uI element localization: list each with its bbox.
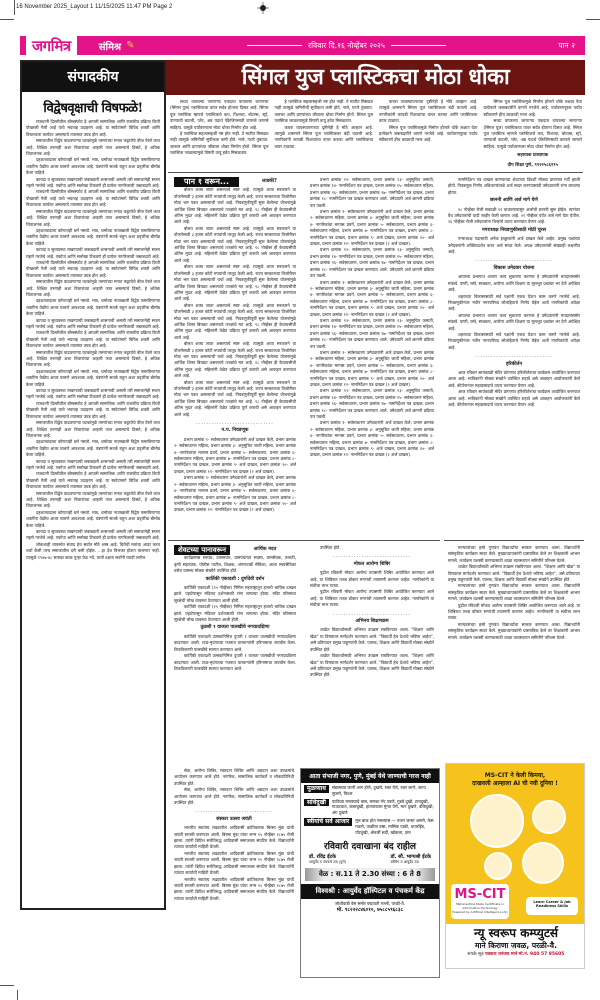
tagline-line: MS-CIT ने केली किमया, bbox=[446, 772, 584, 780]
student-photo bbox=[484, 852, 512, 880]
paragraph: शहराच्या विकासासाठी सर्व पक्षांनी एकत्र … bbox=[448, 294, 580, 313]
page1-continued-column: पान १ वरून... लाडकी? बोलत शक्य जाता असल्… bbox=[170, 177, 300, 537]
clinic-timing: वेळ : स.11 ते 2.30 संध्या : 6 ते 8 bbox=[305, 868, 435, 881]
section-subhead: संस्कार उत्सव जयंती bbox=[174, 817, 294, 823]
paragraph: कार्तिकी एकादशी उत्सवानिमित्त दुपारी १ व… bbox=[174, 634, 296, 653]
student-photo bbox=[470, 794, 524, 848]
ad-tagline: MS-CIT ने केली किमया, दाखवली आम्हाला AI … bbox=[446, 772, 584, 788]
divider bbox=[247, 45, 302, 46]
paragraph: प्रभाग क्रमांक १- सर्वसाधारण उमेदवारांनी… bbox=[310, 350, 434, 388]
paragraph: प्रभाग क्रमांक १- सर्वसाधारण उमेदवारांनी… bbox=[310, 209, 434, 247]
trim-mark bbox=[17, 990, 18, 1000]
paragraph: दहशतवादाला कोणताही धर्म नसतो. मात्र, धर्… bbox=[26, 439, 160, 458]
section-subhead: कार्तिकी एकादशी : दुर्गादेवी दर्शन bbox=[174, 577, 296, 583]
section-subhead: नगराध्यक्ष निवडणुकीसाठी मोठी चुरस bbox=[448, 228, 580, 234]
mscit-logo: MS-CIT bbox=[451, 887, 509, 902]
right-column: नामनिर्देशन पत्र दाखल करण्याच्या शेवटच्य… bbox=[444, 177, 584, 537]
lower-middle-column: उपस्थित होते. ..........................… bbox=[306, 545, 438, 765]
paragraph: हे प्लास्टिक सहजासहजी नष्ट होत नाही. ते … bbox=[275, 99, 374, 125]
paragraph: कायदा व सुव्यवस्था राखण्याची जबाबदारी शा… bbox=[26, 177, 160, 190]
paragraph: बोलत शक्य जाता असल्याचे स्पष्ट आहे. त्या… bbox=[174, 303, 296, 341]
section-subhead: अभिनव शिक्षणक्रम bbox=[310, 619, 434, 625]
separator: .............................. bbox=[310, 611, 434, 617]
doctor: डॉ. सौ. भाग्यश्री ईटकेस्त्रीरोग व आयुर्व… bbox=[391, 854, 431, 865]
paragraph: कायदा व सुव्यवस्था राखण्याची जबाबदारी शा… bbox=[26, 529, 160, 542]
paragraph: नगराध्यक्ष पदासाठी अनेक इच्छुकांनी अर्ज … bbox=[448, 236, 580, 255]
paragraph: बोलत शक्य जाता असल्याचे स्पष्ट आहे. त्या… bbox=[174, 264, 296, 302]
paragraph: दहशतवादाला कोणताही धर्म नसतो. मात्र, धर्… bbox=[26, 157, 160, 176]
paragraph: प्रभाग क्रमांक १२- सर्वसाधारण, प्रभाग क्… bbox=[310, 177, 434, 209]
separator: .............................. bbox=[174, 808, 294, 814]
page1-continued-label: पान १ वरून... bbox=[174, 177, 239, 187]
mscit-ad: MS-CIT ने केली किमया, दाखवली आम्हाला AI … bbox=[445, 763, 585, 969]
paragraph: सेवा, आरोग्य शिबिर, रक्तदान शिबिर आणि अन… bbox=[174, 768, 294, 787]
story-column: कचरा व्यवस्थापनाच्या दृष्टीनेही हे मोठे … bbox=[379, 99, 478, 167]
paragraph: दहशतवादाला कोणताही धर्म नसतो. मात्र, धर्… bbox=[26, 510, 160, 529]
separator: .............................. bbox=[448, 257, 580, 263]
paragraph: शाळेत विद्यार्थ्यांसाठी अभिनव उपक्रम राब… bbox=[448, 564, 580, 583]
paragraph: समाजातील विद्वेष वाढवणाऱ्या घटकांमुळे तर… bbox=[26, 491, 160, 510]
paragraph: कार्यक्रमास सरपंच, उपसरपंच, ग्रामपंचायत … bbox=[174, 555, 296, 574]
skills-badge: Learn Career & Job Readiness Skills bbox=[526, 897, 578, 915]
lower-right-column: मान्यवरांच्या हस्ते गुणवंत विद्यार्थ्यां… bbox=[444, 545, 584, 757]
section-subhead: हरिकीर्तन bbox=[448, 362, 580, 368]
logo-subtitle: Maharashtra State Certificate in Informa… bbox=[451, 902, 509, 910]
paragraph: कायदा व सुव्यवस्था राखण्याची जबाबदारी शा… bbox=[26, 388, 160, 401]
hospital-phone: मो. ९८२२२८४६०१०, ७५८८५९६८३८ bbox=[301, 907, 439, 913]
shop-info: न्यू स्वरूप कम्प्युटर्स माने किराणा जवळ,… bbox=[446, 924, 585, 969]
paragraph: पुढील रविवारी मोफत आरोग्य तपासणी शिबिर आ… bbox=[448, 603, 580, 622]
hospital-name: विश्वश्री : आयुर्वेद हॉस्पिटल व पंचकर्म … bbox=[301, 884, 439, 899]
paragraph: सिंगल यूज प्लास्टिकमुळे निर्माण होणारे ध… bbox=[484, 99, 583, 118]
divider bbox=[444, 540, 584, 541]
contact-label: संपर्क सूत्र bbox=[468, 952, 484, 957]
student-photo bbox=[522, 842, 564, 884]
story-column: सध्या वापरल्या जाणाऱ्या एकदाच वापरल्या ज… bbox=[170, 99, 269, 167]
paragraph: राजधानी दिल्लीतील बॉम्बस्फोट हे आपली साम… bbox=[26, 119, 160, 138]
tagline-line: दाखवली आम्हाला AI ची नवी दुनिया ! bbox=[446, 780, 584, 788]
divider bbox=[391, 45, 446, 46]
main-headline: सिंगल युज प्लास्टिकचा मोठा धोका bbox=[166, 60, 585, 95]
shop-address: माने किराणा जवळ, परळी-वै. bbox=[446, 941, 585, 951]
ad-row-text: पाठीच्या मणक्याचे त्रास, मणका गॅप पडणे, … bbox=[332, 799, 436, 816]
ayurved-hospital-ad: आता संभाजी नगर, पुणे, मुंबई येथे जाण्याच… bbox=[300, 768, 440, 978]
paragraph: राजधानी दिल्लीतील बॉम्बस्फोट हे आपली साम… bbox=[26, 401, 160, 420]
issue-date: रविवार दि.१६ नोव्हेंबर २०२५ bbox=[308, 41, 385, 51]
paragraph: समाजातील विद्वेष वाढवणाऱ्या घटकांमुळे तर… bbox=[26, 209, 160, 228]
ad-row-text: संडासच्या जागी आग होणे, दुखणे, रक्त येणे… bbox=[332, 785, 436, 797]
story-column: सिंगल यूज प्लास्टिकमुळे निर्माण होणारे ध… bbox=[484, 99, 583, 167]
ad-row: सांधेदुखी पाठीच्या मणक्याचे त्रास, मणका … bbox=[304, 799, 436, 816]
paragraph: आपल्या प्रभागात आपण काय सुधारणा करणार हे… bbox=[448, 274, 580, 293]
paragraph: आज रविवार सायंकाळी मंदिर प्रांगणात हरिकी… bbox=[448, 370, 580, 389]
paragraph: राजधानी दिल्लीतील बॉम्बस्फोट हे आपली साम… bbox=[26, 260, 160, 279]
paragraph: कचरा व्यवस्थापनाच्या दृष्टीनेही हे मोठे … bbox=[379, 99, 478, 125]
paragraph: लोकशाही व्यवस्थेत संवाद हेच सर्वात मोठे … bbox=[26, 542, 160, 561]
author-byline: दीप शिक्षा पुणे, ९९२२५८६२९५ bbox=[484, 163, 583, 167]
divider bbox=[168, 172, 583, 173]
section-subhead: विकास उमेदवार योजना bbox=[448, 266, 580, 272]
paragraph: समाजातील विद्वेष वाढवणाऱ्या घटकांमुळे तर… bbox=[26, 420, 160, 439]
paragraph: प्रभाग क्रमांक १२- सर्वसाधारण, प्रभाग क्… bbox=[310, 318, 434, 350]
paragraph: कार्तिकी एकादशी (१५ नोव्हेंबर) निमित्त म… bbox=[174, 585, 296, 604]
paragraph: बोलत शक्य जाता असल्याचे स्पष्ट आहे. त्या… bbox=[174, 226, 296, 264]
story-column: हे प्लास्टिक सहजासहजी नष्ट होत नाही. ते … bbox=[275, 99, 374, 167]
election-column: प्रभाग क्रमांक १२- सर्वसाधारण, प्रभाग क्… bbox=[306, 177, 438, 537]
paragraph: दहशतवादाला कोणताही धर्म नसतो. मात्र, धर्… bbox=[26, 228, 160, 247]
paragraph: पुढील रविवारी मोफत आरोग्य तपासणी शिबिर आ… bbox=[310, 589, 434, 608]
trim-mark bbox=[0, 19, 14, 20]
paragraph: राजधानी दिल्लीतील बॉम्बस्फोट हे आपली साम… bbox=[26, 471, 160, 490]
student-photo bbox=[532, 800, 566, 834]
paragraph: मान्यवरांच्या हस्ते गुणवंत विद्यार्थ्यां… bbox=[448, 583, 580, 602]
contact-phone: मो.नं. 940 57 95605 bbox=[519, 952, 565, 957]
author-role: सहाय्यक प्राध्यापक bbox=[484, 153, 583, 159]
paragraph: भारतीय स्वातंत्र्य लढ्यातील आदिवासी क्रा… bbox=[174, 851, 294, 877]
page-number: पान २ bbox=[558, 41, 575, 51]
trim-mark bbox=[14, 0, 15, 15]
paragraph: कायदा व सुव्यवस्था राखण्याची जबाबदारी शा… bbox=[26, 459, 160, 472]
lower-left-column: सेवा, आरोग्य शिबिर, रक्तदान शिबिर आणि अन… bbox=[170, 768, 298, 978]
paragraph: १८ नोव्हेंबर रोजी सकाळी ११ वाजल्यापासून … bbox=[448, 207, 580, 226]
last-page-continued-label: शेवटच्या पानावरून bbox=[174, 545, 230, 555]
paragraph: भारतीय स्वातंत्र्य लढ्यातील आदिवासी क्रा… bbox=[174, 825, 294, 851]
masthead: जगमित्र संमिश्र ✎ रविवार दि.१६ नोव्हेंबर… bbox=[20, 36, 585, 55]
main-story: सध्या वापरल्या जाणाऱ्या एकदाच वापरल्या ज… bbox=[170, 99, 582, 167]
paragraph: राजधानी दिल्लीतील बॉम्बस्फोट हे आपली साम… bbox=[26, 330, 160, 349]
print-slug: 16 November 2025_Layout 1 11/15/2025 11:… bbox=[16, 4, 172, 10]
paragraph: बोलत शक्य जाता असल्याचे स्पष्ट आहे. त्या… bbox=[174, 187, 296, 225]
paragraph: कायदा व सुव्यवस्था राखण्याची जबाबदारी शा… bbox=[26, 318, 160, 331]
section-subhead: छाननी आणि अर्ज मागे घेणे bbox=[448, 198, 580, 204]
paragraph: उपस्थित होते. bbox=[310, 545, 434, 551]
paragraph: मान्यवरांच्या हस्ते गुणवंत विद्यार्थ्यां… bbox=[448, 545, 580, 564]
doctor: डॉ. रविंद्र ईटकेआयुर्वेद व पंचकर्म तज्ञ … bbox=[309, 854, 346, 865]
divider bbox=[168, 540, 440, 541]
ad-tag: स्त्रीयांचे सर्व आजार bbox=[304, 818, 352, 826]
paragraph: प्रभाग क्रमांक १- सर्वसाधारण उमेदवारांनी… bbox=[174, 437, 296, 475]
section-name: संमिश्र bbox=[99, 39, 121, 53]
paragraph: प्रभाग क्रमांक १- सर्वसाधारण उमेदवारांनी… bbox=[310, 420, 434, 458]
paragraph: मान्यवरांच्या हस्ते गुणवंत विद्यार्थ्यां… bbox=[448, 622, 580, 641]
paragraph: शाळेत विद्यार्थ्यांसाठी अभिनव उपक्रम राब… bbox=[310, 627, 434, 653]
shop-name: न्यू स्वरूप कम्प्युटर्स bbox=[446, 924, 585, 941]
quill-icon: ✎ bbox=[126, 40, 134, 51]
paragraph: सिंगल यूज प्लास्टिकमुळे निर्माण होणारे ध… bbox=[379, 125, 478, 144]
paragraph: राजधानी दिल्लीतील बॉम्बस्फोट हे आपली साम… bbox=[26, 189, 160, 208]
doctors: डॉ. रविंद्र ईटकेआयुर्वेद व पंचकर्म तज्ञ … bbox=[301, 854, 439, 865]
date-line: रविवार दि.१६ नोव्हेंबर २०२५ bbox=[135, 41, 559, 51]
shop-contact: संपर्क सूत्र पत्रकार धनंजय माने मो.नं. 9… bbox=[446, 951, 585, 957]
paragraph: नामनिर्देशन पत्र दाखल करण्याच्या शेवटच्य… bbox=[448, 177, 580, 196]
newspaper-logo: जगमित्र bbox=[20, 36, 77, 55]
paragraph: आज रविवार सायंकाळी मंदिर प्रांगणात हरिकी… bbox=[448, 389, 580, 408]
editorial-header: संपादकीय bbox=[22, 62, 164, 92]
editorial-body: राजधानी दिल्लीतील बॉम्बस्फोट हे आपली साम… bbox=[22, 119, 164, 561]
paragraph: आपल्या प्रभागात आपण काय सुधारणा करणार हे… bbox=[448, 313, 580, 332]
ad-row: स्त्रीयांचे सर्व आजार मुल बाळ होत नसल्या… bbox=[304, 818, 436, 835]
paragraph: समाजातील विद्वेष वाढवणाऱ्या घटकांमुळे तर… bbox=[26, 350, 160, 369]
paragraph: भारतीय स्वातंत्र्य लढ्यातील आदिवासी क्रा… bbox=[174, 877, 294, 903]
doctor-specialty: आयुर्वेद व पंचकर्म तज्ञ (पुणे) bbox=[309, 860, 346, 865]
section-subhead: तुळशी १ वाजता पालखीचे नगरप्रदक्षिणा bbox=[174, 625, 296, 631]
paragraph: प्रभाग क्रमांक १२- सर्वसाधारण, प्रभाग क्… bbox=[310, 388, 434, 420]
ad-tag: सांधेदुखी bbox=[304, 799, 329, 807]
paragraph: बोलत शक्य जाता असल्याचे स्पष्ट आहे. त्या… bbox=[174, 380, 296, 418]
section-subhead: न.प. निवडणूक bbox=[174, 428, 296, 434]
paragraph: दहशतवादाला कोणताही धर्म नसतो. मात्र, धर्… bbox=[26, 369, 160, 388]
ad-row: मुळव्याध संडासच्या जागी आग होणे, दुखणे, … bbox=[304, 785, 436, 797]
ad-row-text: मुल बाळ होत नसल्यास — वजन जास्त असणे, के… bbox=[355, 818, 436, 835]
separator: .............................. bbox=[448, 353, 580, 359]
ad-tag: मुळव्याध bbox=[304, 785, 329, 793]
paragraph: पुढील रविवारी मोफत आरोग्य तपासणी शिबिर आ… bbox=[310, 570, 434, 589]
paragraph: समाजातील विद्वेष वाढवणाऱ्या घटकांमुळे तर… bbox=[26, 279, 160, 298]
paragraph: शहराच्या विकासासाठी सर्व पक्षांनी एकत्र … bbox=[448, 332, 580, 351]
paragraph: प्रभाग क्रमांक १- सर्वसाधारण उमेदवारांनी… bbox=[310, 280, 434, 318]
paragraph: समाजातील विद्वेष वाढवणाऱ्या घटकांमुळे तर… bbox=[26, 138, 160, 157]
paragraph: कायदा व सुव्यवस्था राखण्याची जबाबदारी शा… bbox=[26, 247, 160, 260]
separator: .............................. bbox=[174, 420, 296, 426]
section-subhead: मोफत आरोग्य शिबिर bbox=[310, 562, 434, 568]
mscit-logo-card: MS-CIT Maharashtra State Certificate in … bbox=[451, 884, 509, 919]
powered-by: Powered by Artificial Intelligence (AI) bbox=[451, 910, 509, 914]
doctor-specialty: स्त्रीरोग व आयुर्वेद तज्ञ bbox=[391, 860, 431, 865]
separator: .............................. bbox=[310, 553, 434, 559]
closed-notice: रविवारी दवाखाना बंद राहील bbox=[301, 839, 439, 852]
trim-mark bbox=[0, 985, 14, 986]
paragraph: कार्तिकी एकादशी उत्सवानिमित्त दुपारी १ व… bbox=[174, 653, 296, 672]
editorial-column: संपादकीय विद्वेषवृक्षाची विषफळे! राजधानी… bbox=[20, 60, 166, 910]
registration-mark-icon bbox=[257, 2, 269, 14]
editorial-title: विद्वेषवृक्षाची विषफळे! bbox=[22, 92, 164, 119]
paragraph: कार्तिकी एकादशी (१५ नोव्हेंबर) निमित्त म… bbox=[174, 604, 296, 623]
paragraph: सध्या वापरल्या जाणाऱ्या एकदाच वापरल्या ज… bbox=[170, 99, 269, 131]
paragraph: प्रभाग क्रमांक १- सर्वसाधारण उमेदवारांनी… bbox=[174, 475, 296, 513]
trim-mark bbox=[586, 19, 600, 20]
paragraph: सेवा, आरोग्य शिबिर, रक्तदान शिबिर आणि अन… bbox=[174, 787, 294, 806]
paragraph: सध्या वापरल्या जाणाऱ्या एकदाच वापरल्या ज… bbox=[484, 118, 583, 150]
paragraph: शाळेत विद्यार्थ्यांसाठी अभिनव उपक्रम राब… bbox=[310, 653, 434, 679]
ad-header: आता संभाजी नगर, पुणे, मुंबई येथे जाण्याच… bbox=[301, 769, 439, 783]
paragraph: बोलत शक्य जाता असल्याचे स्पष्ट आहे. त्या… bbox=[174, 341, 296, 379]
last-page-continued-column: शेवटच्या पानावरून आर्थिक मदत कार्यक्रमास… bbox=[170, 545, 300, 765]
paragraph: दहशतवादाला कोणताही धर्म नसतो. मात्र, धर्… bbox=[26, 298, 160, 317]
paragraph: कचरा व्यवस्थापनाच्या दृष्टीनेही हे मोठे … bbox=[275, 125, 374, 151]
contact-person: पत्रकार धनंजय माने bbox=[485, 952, 517, 957]
paragraph: हे प्लास्टिक सहजासहजी नष्ट होत नाही. ते … bbox=[170, 131, 269, 157]
paragraph: प्रभाग क्रमांक १२- सर्वसाधारण, प्रभाग क्… bbox=[310, 247, 434, 279]
